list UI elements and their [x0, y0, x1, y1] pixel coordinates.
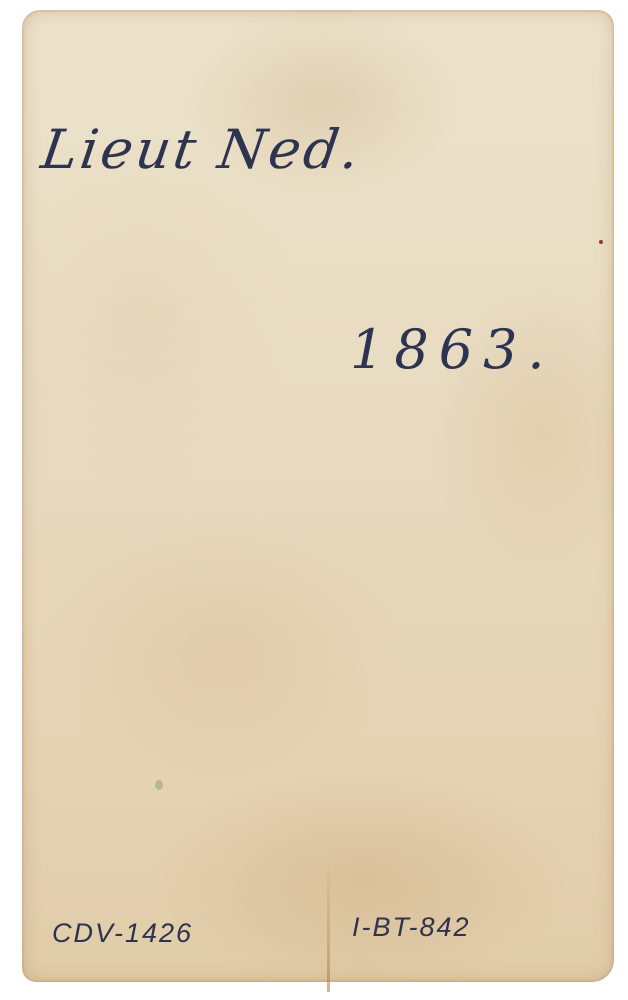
- catalog-number-right: I-BT-842: [352, 912, 471, 943]
- green-stain: [155, 780, 163, 790]
- catalog-number-left: CDV-1426: [52, 918, 193, 949]
- handwritten-name: Lieut Ned.: [38, 118, 367, 181]
- handwritten-year: 1863.: [350, 318, 555, 381]
- rust-spot: [599, 240, 603, 244]
- card-crease: [327, 860, 330, 992]
